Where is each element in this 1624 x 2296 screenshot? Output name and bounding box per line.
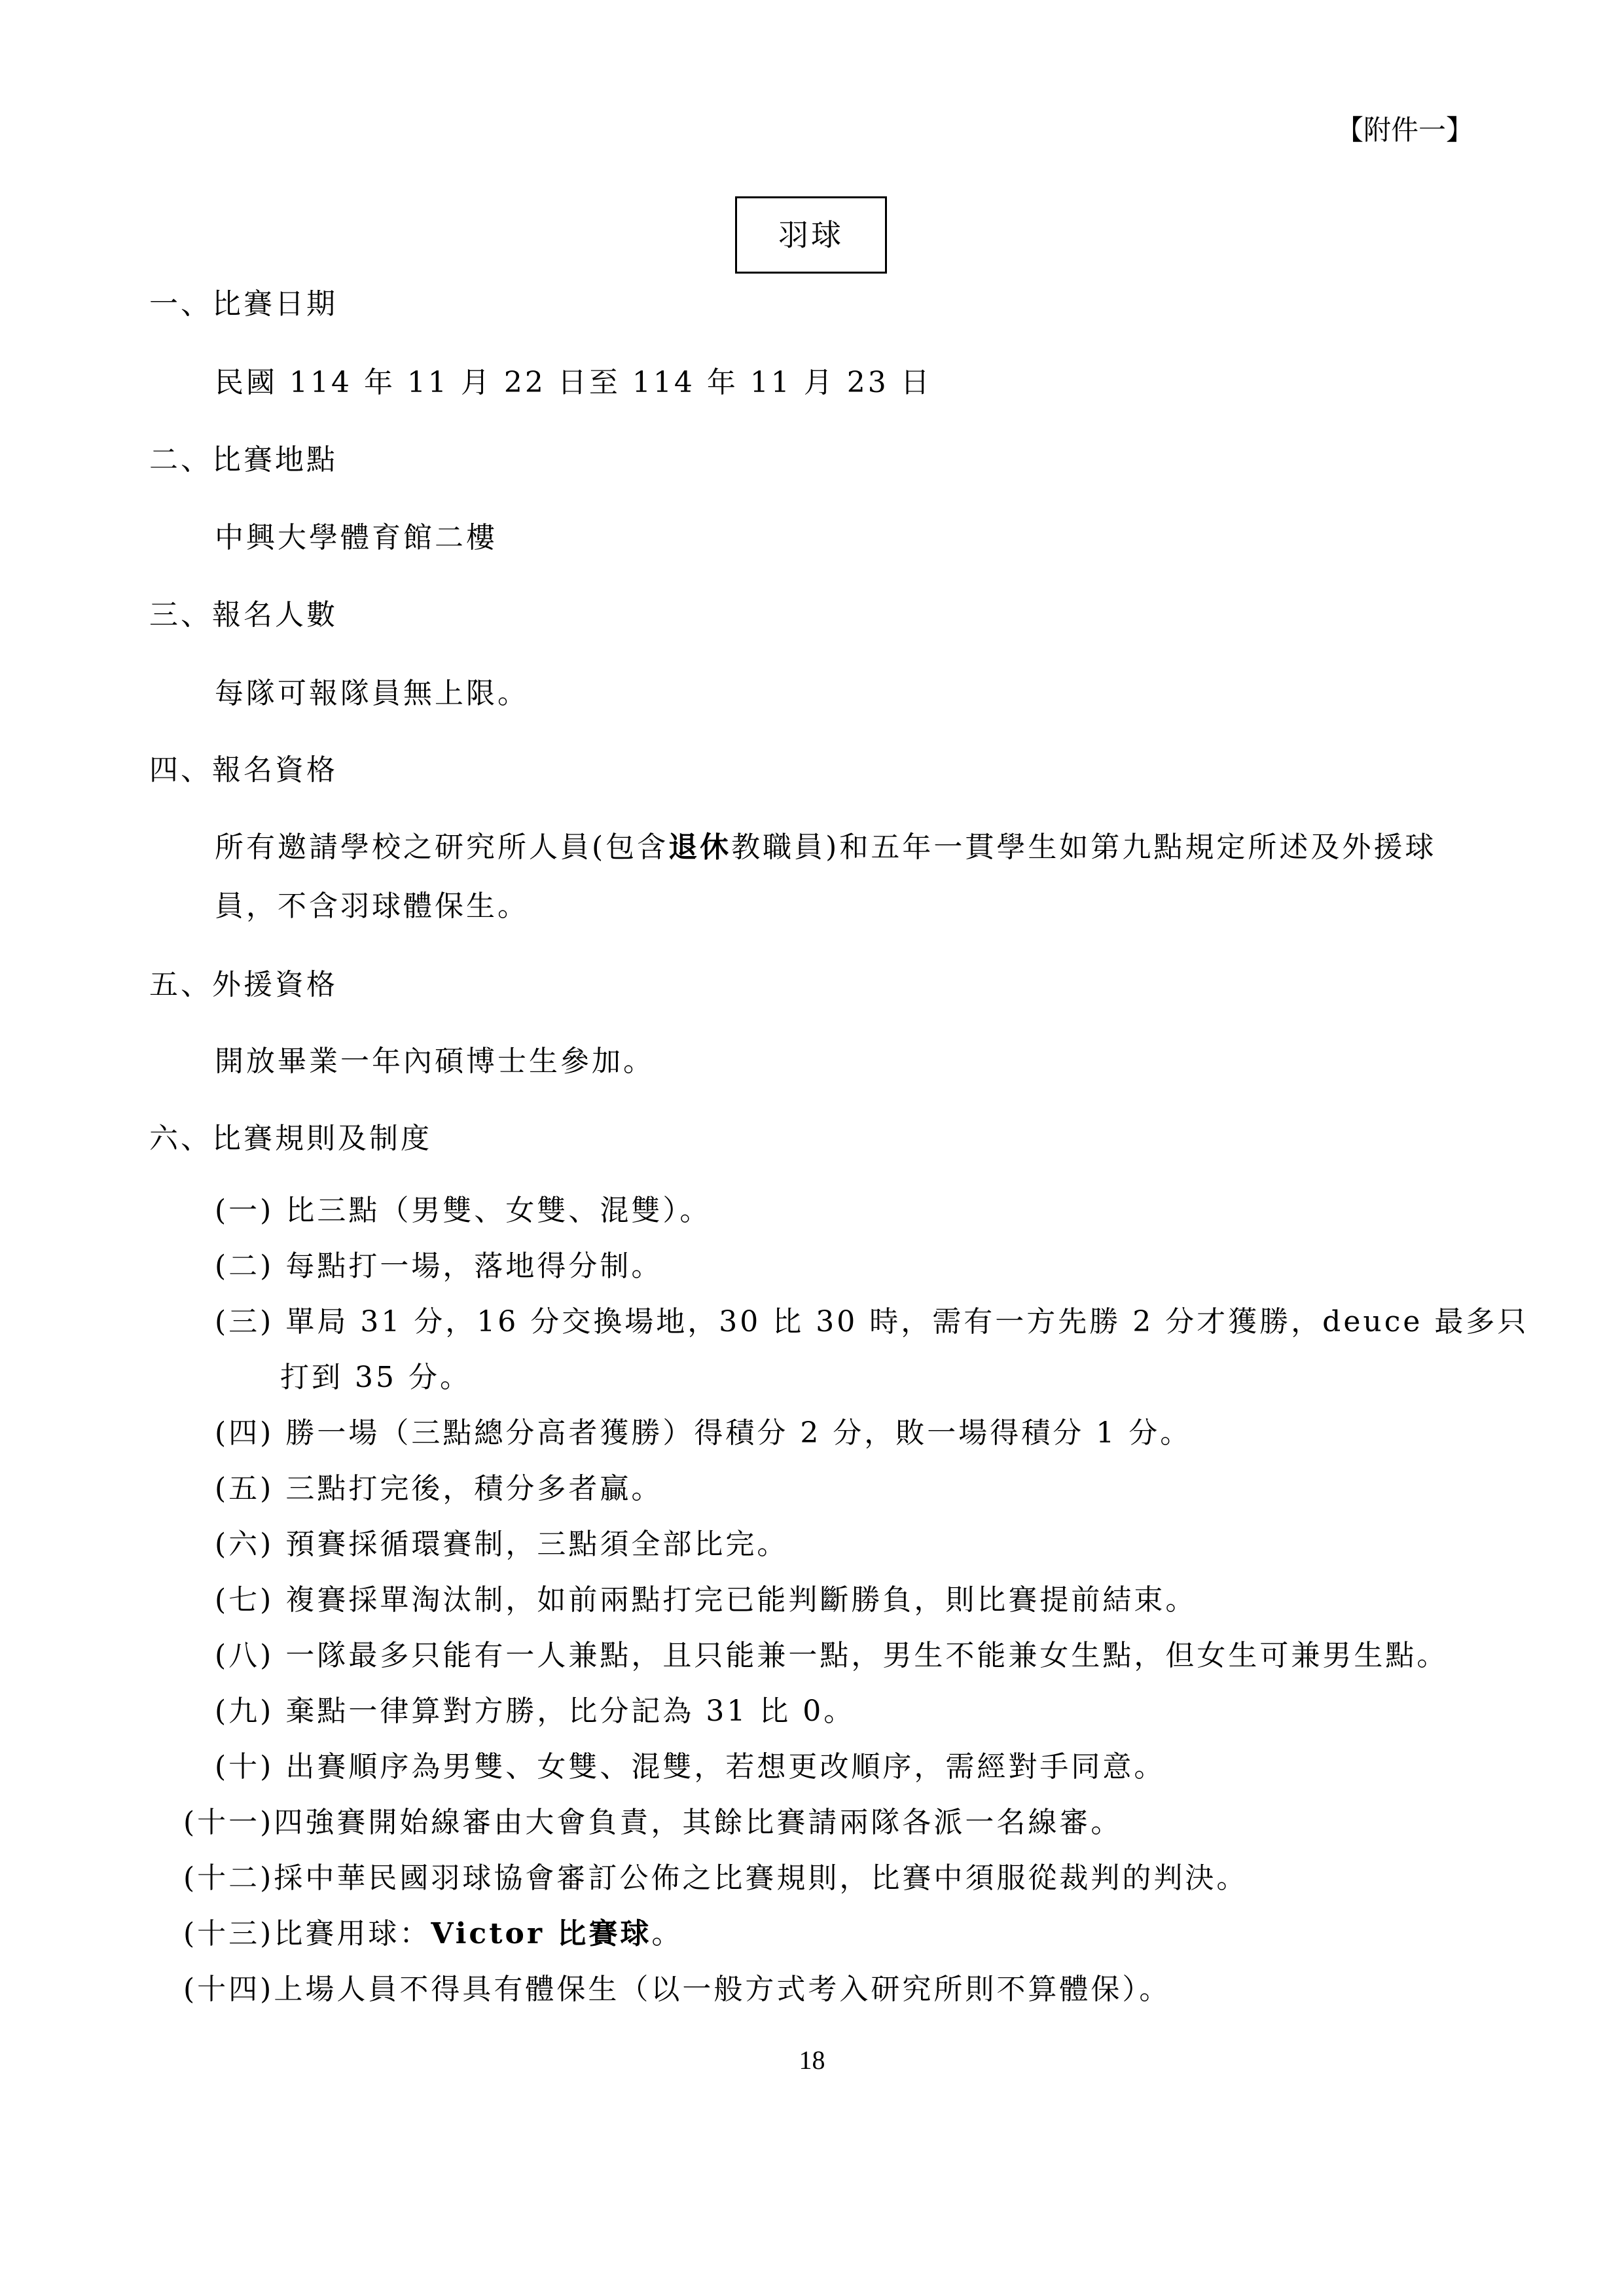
rule-label: (一): [215, 1194, 274, 1227]
rule-label: (十三): [183, 1917, 274, 1950]
rule-item-1: (一) 比三點（男雙、女雙、混雙）。: [215, 1196, 711, 1225]
rule-text: 棄點一律算對方勝，比分記為 31 比 0。: [285, 1695, 855, 1728]
section-heading-team-size: 三、報名人數: [149, 601, 338, 630]
rule-label: (十四): [183, 1973, 274, 2006]
rule-text: 勝一場（三點總分高者獲勝）得積分 2 分，敗一場得積分 1 分。: [285, 1416, 1191, 1450]
document-title-box: 羽球: [735, 196, 887, 274]
rule-text: 比賽用球：: [274, 1917, 431, 1950]
rule-item-14: (十四)上場人員不得具有體保生（以一般方式考入研究所則不算體保）。: [183, 1975, 1170, 2004]
section-content-team-size: 每隊可報隊員無上限。: [215, 679, 529, 708]
rule-text: 四強賽開始線審由大會負責，其餘比賽請兩隊各派一名線審。: [274, 1806, 1122, 1839]
eligibility-text-b: 教職員)和五年一貫學生如第九點規定所述及外援球: [731, 831, 1436, 864]
rule-label: (二): [215, 1249, 274, 1283]
rule-item-5: (五) 三點打完後，積分多者贏。: [215, 1475, 662, 1503]
rule-text-tail: 。: [651, 1917, 683, 1950]
rule-text: 採中華民國羽球協會審訂公佈之比賽規則，比賽中須服從裁判的判決。: [274, 1861, 1248, 1895]
attachment-label: 【附件一】: [1336, 117, 1473, 144]
rule-item-3: (三) 單局 31 分，16 分交換場地，30 比 30 時，需有一方先勝 2 …: [215, 1308, 1528, 1336]
rule-text: 預賽採循環賽制，三點須全部比完。: [285, 1528, 788, 1561]
section-content-eligibility-line2: 員，不含羽球體保生。: [215, 892, 529, 921]
rule-text-ball-brand: Victor 比賽球: [431, 1917, 651, 1950]
eligibility-text-a: 所有邀請學校之研究所人員(包含: [215, 831, 668, 864]
rule-item-11: (十一)四強賽開始線審由大會負責，其餘比賽請兩隊各派一名線審。: [183, 1808, 1122, 1837]
rule-label: (六): [215, 1528, 274, 1561]
rule-text: 三點打完後，積分多者贏。: [285, 1472, 662, 1505]
rule-text: 比三點（男雙、女雙、混雙）。: [285, 1194, 711, 1227]
rule-label: (七): [215, 1583, 274, 1617]
rule-label: (三): [215, 1305, 274, 1338]
rule-item-12: (十二)採中華民國羽球協會審訂公佈之比賽規則，比賽中須服從裁判的判決。: [183, 1864, 1248, 1893]
rule-item-3-continuation: 打到 35 分。: [280, 1363, 471, 1392]
rule-label: (九): [215, 1695, 274, 1728]
rule-item-8: (八) 一隊最多只能有一人兼點，且只能兼一點，男生不能兼女生點，但女生可兼男生點…: [215, 1641, 1448, 1670]
section-content-date: 民國 114 年 11 月 22 日至 114 年 11 月 23 日: [215, 368, 932, 397]
rule-item-13: (十三)比賽用球：Victor 比賽球。: [183, 1920, 683, 1948]
rule-text: 複賽採單淘汰制，如前兩點打完已能判斷勝負，則比賽提前結束。: [285, 1583, 1197, 1617]
rule-item-4: (四) 勝一場（三點總分高者獲勝）得積分 2 分，敗一場得積分 1 分。: [215, 1419, 1191, 1448]
rule-item-10: (十) 出賽順序為男雙、女雙、混雙，若想更改順序，需經對手同意。: [215, 1753, 1165, 1782]
rule-item-6: (六) 預賽採循環賽制，三點須全部比完。: [215, 1530, 788, 1559]
section-heading-external: 五、外援資格: [149, 971, 338, 999]
rule-text: 一隊最多只能有一人兼點，且只能兼一點，男生不能兼女生點，但女生可兼男生點。: [285, 1639, 1448, 1672]
rule-label: (四): [215, 1416, 274, 1450]
section-heading-eligibility: 四、報名資格: [149, 756, 338, 785]
rule-label: (五): [215, 1472, 274, 1505]
rule-item-7: (七) 複賽採單淘汰制，如前兩點打完已能判斷勝負，則比賽提前結束。: [215, 1586, 1197, 1615]
rule-text: 單局 31 分，16 分交換場地，30 比 30 時，需有一方先勝 2 分才獲勝…: [285, 1305, 1528, 1338]
rule-item-9: (九) 棄點一律算對方勝，比分記為 31 比 0。: [215, 1697, 855, 1726]
rule-label: (十): [215, 1750, 274, 1784]
page-number: 18: [0, 2047, 1624, 2073]
rule-item-2: (二) 每點打一場，落地得分制。: [215, 1252, 662, 1281]
rule-text: 出賽順序為男雙、女雙、混雙，若想更改順序，需經對手同意。: [285, 1750, 1165, 1784]
eligibility-text-retired: 退休: [668, 831, 731, 864]
rule-text: 上場人員不得具有體保生（以一般方式考入研究所則不算體保）。: [274, 1973, 1170, 2006]
rule-label: (十一): [183, 1806, 274, 1839]
section-content-venue: 中興大學體育館二樓: [215, 524, 497, 552]
section-content-eligibility-line1: 所有邀請學校之研究所人員(包含退休教職員)和五年一貫學生如第九點規定所述及外援球: [215, 833, 1436, 862]
section-heading-date: 一、比賽日期: [149, 290, 338, 319]
rule-label: (十二): [183, 1861, 274, 1895]
rule-text: 每點打一場，落地得分制。: [285, 1249, 662, 1283]
section-content-external: 開放畢業一年內碩博士生參加。: [215, 1047, 655, 1076]
document-title: 羽球: [778, 220, 844, 250]
section-heading-venue: 二、比賽地點: [149, 446, 338, 475]
section-heading-rules: 六、比賽規則及制度: [149, 1124, 432, 1153]
rule-label: (八): [215, 1639, 274, 1672]
